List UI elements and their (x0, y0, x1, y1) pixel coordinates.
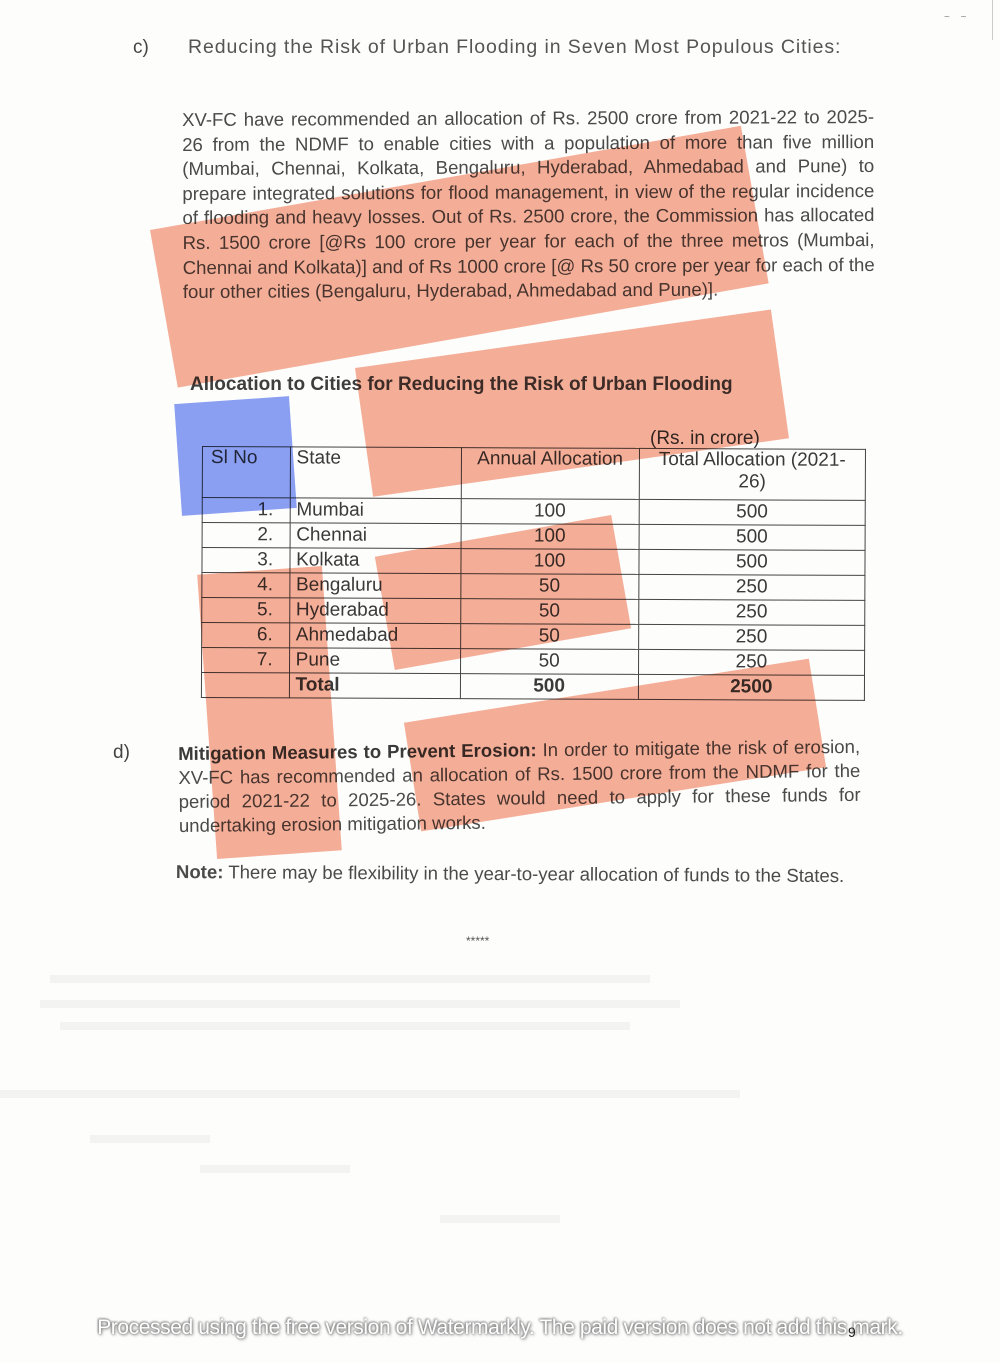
cell-state: Kolkata (290, 548, 461, 574)
table-unit-note: (Rs. in crore) (650, 428, 760, 450)
cell-total-allocation: 500 (639, 524, 865, 550)
section-d-marker: d) (113, 742, 130, 764)
cell-sl-no: 2. (202, 523, 290, 548)
cell-annual-allocation: 50 (460, 624, 638, 650)
cell-sl-no: 6. (202, 623, 290, 648)
note-label: Note: (176, 861, 224, 882)
document-page: ~ ~ c) Reducing the Risk of Urban Floodi… (0, 0, 1000, 1363)
bleed-through-line (60, 1022, 630, 1030)
note-text: There may be flexibility in the year-to-… (223, 861, 844, 886)
cell-sl-no: 5. (202, 598, 290, 623)
table-row: 3.Kolkata100500 (202, 548, 865, 576)
corner-scribble: ~ ~ (944, 12, 970, 23)
section-c-heading: Reducing the Risk of Urban Flooding in S… (188, 35, 874, 59)
cell-annual-allocation: 50 (460, 649, 638, 675)
header-state: State (290, 447, 461, 499)
allocation-table: Sl No State Annual Allocation Total Allo… (201, 446, 866, 701)
cell-sl-no: 3. (202, 548, 290, 573)
table-title: Allocation to Cities for Reducing the Ri… (190, 374, 733, 396)
cell-annual-allocation: 50 (460, 574, 638, 600)
cell-state: Mumbai (290, 498, 461, 524)
bleed-through-line (50, 975, 650, 983)
cell-total-allocation: 250 (638, 649, 864, 675)
cell-total-allocation: 250 (638, 574, 864, 600)
cell-sl-no: 7. (202, 648, 290, 673)
cell-total-allocation: 250 (638, 599, 864, 625)
cell-annual-allocation: 50 (460, 599, 638, 625)
note-paragraph: Note: There may be flexibility in the ye… (176, 860, 856, 888)
bleed-through-line (440, 1215, 560, 1223)
cell-state: Ahmedabad (289, 623, 460, 649)
section-c-paragraph: XV-FC have recommended an allocation of … (182, 105, 875, 305)
cell-annual-allocation: 100 (461, 499, 639, 525)
cell-annual-allocation: 100 (461, 524, 639, 550)
table-row: 7.Pune50250 (202, 648, 865, 676)
cell-total-allocation: 500 (639, 499, 865, 525)
page-edge-mark (992, 0, 1000, 40)
bleed-through-line (0, 1090, 740, 1098)
cell-state: Bengaluru (289, 573, 460, 599)
table-body: 1.Mumbai1005002.Chennai1005003.Kolkata10… (201, 498, 865, 701)
section-c-marker: c) (133, 37, 149, 59)
table-row: 2.Chennai100500 (202, 523, 865, 551)
page-number: 9 (848, 1324, 856, 1340)
cell-total-annual: 500 (460, 674, 638, 700)
cell-sl-no: 4. (202, 573, 290, 598)
cell-sl-no-empty (201, 673, 289, 698)
header-total-allocation: Total Allocation (2021-26) (639, 448, 866, 500)
bleed-through-line (90, 1135, 210, 1143)
cell-state: Hyderabad (289, 598, 460, 624)
table-header-row: Sl No State Annual Allocation Total Allo… (202, 447, 865, 501)
section-separator: ***** (466, 934, 489, 948)
cell-annual-allocation: 100 (461, 549, 639, 575)
cell-total-allocation: 500 (639, 549, 865, 575)
bleed-through-line (200, 1165, 350, 1173)
table-row: 6.Ahmedabad50250 (202, 623, 865, 651)
cell-sl-no: 1. (202, 498, 290, 523)
header-annual-allocation: Annual Allocation (461, 448, 639, 500)
cell-state: Pune (289, 648, 460, 674)
cell-total-allocation: 250 (638, 624, 864, 650)
table-row: 5.Hyderabad50250 (202, 598, 865, 626)
header-sl-no: Sl No (202, 447, 290, 498)
table-row: 4.Bengaluru50250 (202, 573, 865, 601)
table-total-row: Total5002500 (201, 673, 864, 701)
cell-state: Chennai (290, 523, 461, 549)
section-d-bold-lead: Mitigation Measures to Prevent Erosion: (178, 739, 537, 764)
section-d-paragraph: Mitigation Measures to Prevent Erosion: … (178, 735, 861, 838)
table-row: 1.Mumbai100500 (202, 498, 865, 526)
bleed-through-line (40, 1000, 680, 1008)
cell-total-label: Total (289, 673, 460, 699)
cell-total-overall: 2500 (638, 674, 864, 700)
